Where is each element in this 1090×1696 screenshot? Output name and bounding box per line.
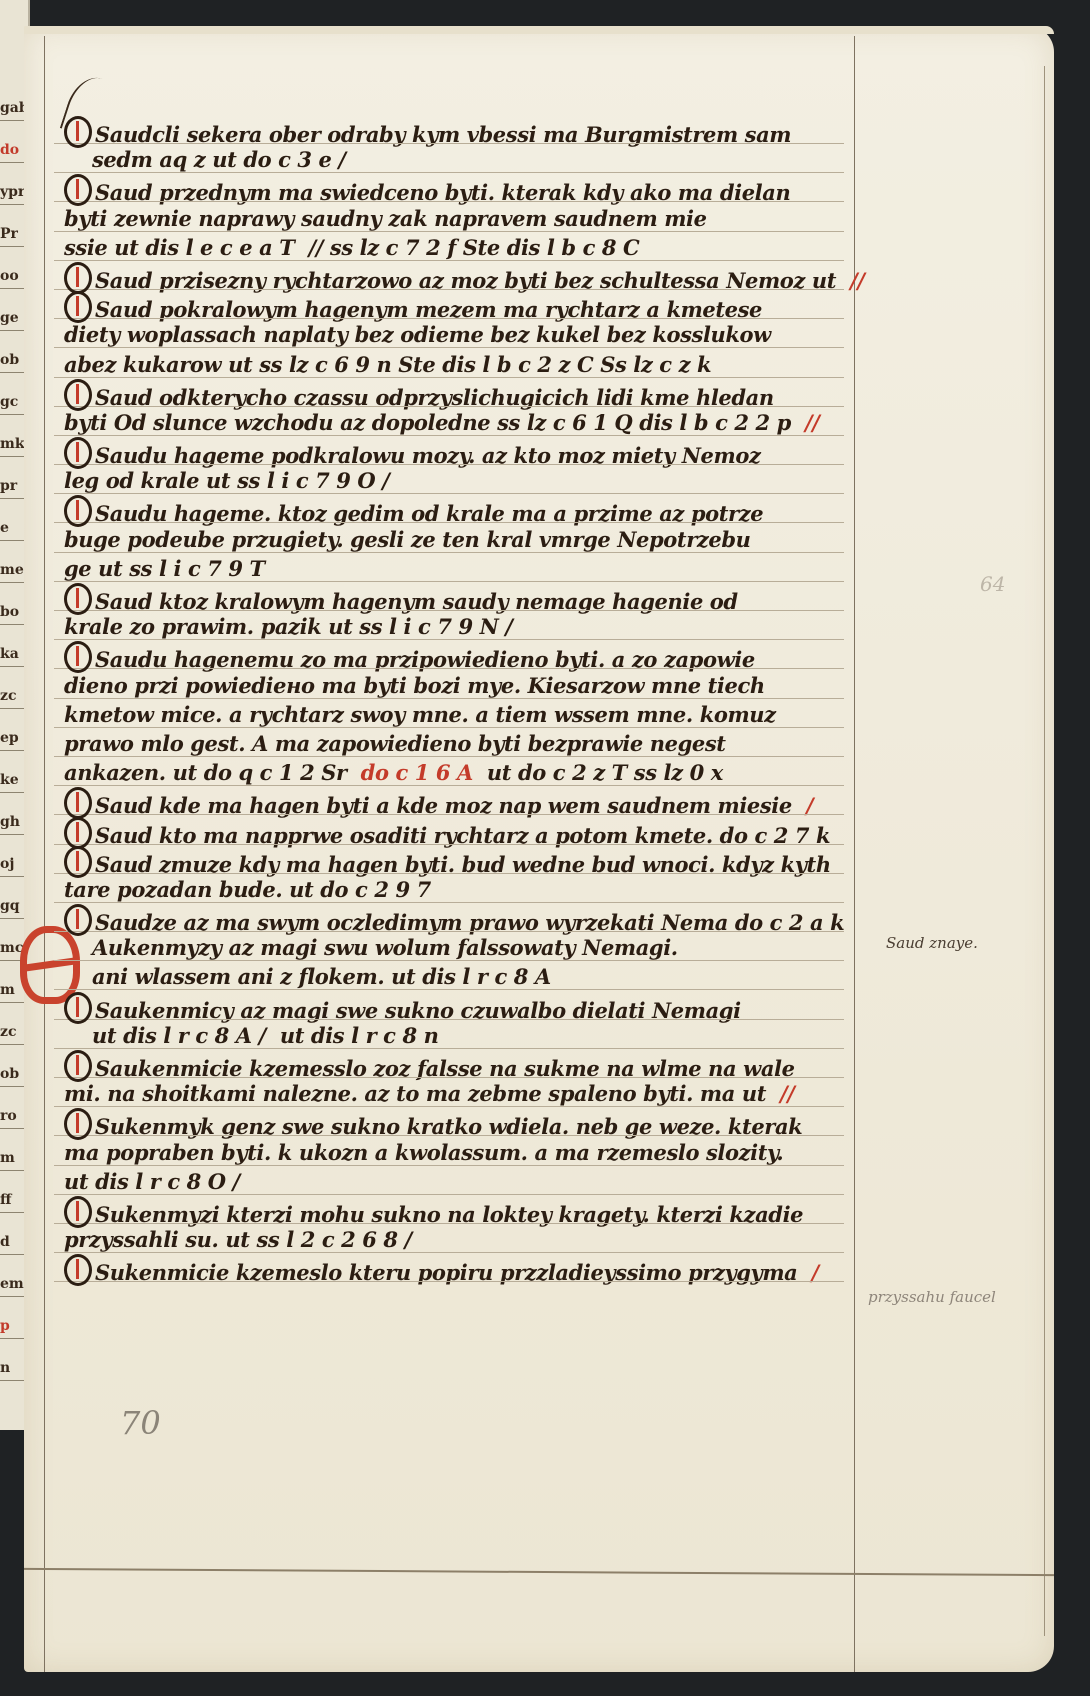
outer-margin-rule	[1044, 66, 1045, 1636]
adjacent-page-fragment: zc	[0, 1024, 26, 1045]
rubricated-capital	[64, 379, 92, 411]
manuscript-line: Saud odkterycho czassu odprzyslichugicic…	[64, 379, 864, 408]
ruling-line	[54, 960, 844, 961]
adjacent-page-fragment: p	[0, 1318, 26, 1339]
manuscript-line: dieno przi powiediено ma byti bozi mye. …	[64, 671, 864, 700]
line-text: przyssahli su. ut ss l 2 c 2 6 8 /	[64, 1227, 412, 1252]
rubric-reference: do c 1 6 A	[361, 760, 473, 785]
line-text: byti Od slunce wzchodu az dopoledne ss l…	[64, 410, 791, 435]
adjacent-page-fragment: gh	[0, 814, 26, 835]
ruling-line	[54, 406, 844, 407]
line-text: byti zewnie naprawy saudny zak napravem …	[64, 206, 707, 231]
manuscript-line: Saud ktoz kralowym hagenym saudy nemage …	[64, 583, 864, 612]
line-reference: //	[805, 410, 820, 435]
adjacent-page-fragment: oj	[0, 856, 26, 877]
line-text: mi. na shoitkami nalezne. az to ma zebme…	[64, 1081, 766, 1106]
adjacent-page-fragment: ob	[0, 1066, 26, 1087]
manuscript-line: prawo mlo gest. A ma zapowiedieno byti b…	[64, 729, 864, 758]
rubricated-capital	[64, 583, 92, 615]
line-text: ssie ut dis l e c e a T	[64, 235, 294, 260]
ruling-line	[54, 1194, 844, 1195]
manuscript-line: krale zo prawim. pazik ut ss l i c 7 9 N…	[64, 612, 864, 641]
manuscript-line: ssie ut dis l e c e a T// ss lz c 7 2 f …	[64, 233, 864, 262]
adjacent-page-fragment: n	[0, 1360, 26, 1381]
ruling-line	[54, 698, 844, 699]
ruling-line	[54, 814, 844, 815]
line-reference: //	[850, 268, 865, 293]
ruling-line	[54, 1077, 844, 1078]
manuscript-line: byti zewnie naprawy saudny zak napravem …	[64, 204, 864, 233]
text-column: Saudcli sekera ober odraby kym vbessi ma…	[64, 116, 864, 1284]
line-text: sedm aq z ut do c 3 e /	[92, 147, 346, 172]
manuscript-line: mi. na shoitkami nalezne. az to ma zebme…	[64, 1079, 864, 1108]
page-top-edge	[24, 26, 1054, 34]
manuscript-line: buge podeube przugiety. gesli ze ten kra…	[64, 525, 864, 554]
ruling-line	[54, 522, 844, 523]
manuscript-line: ge ut ss l i c 7 9 T	[64, 554, 864, 583]
manuscript-line: Saudze az ma swym oczledimym prawo wyrze…	[64, 904, 864, 933]
manuscript-page: Saudcli sekera ober odraby kym vbessi ma…	[24, 26, 1054, 1672]
adjacent-page-fragment: em	[0, 1276, 26, 1297]
manuscript-line: Sukenmyzi kterzi mohu sukno na loktey kr…	[64, 1196, 864, 1225]
ruling-line	[54, 172, 844, 173]
ruling-line	[54, 902, 844, 903]
line-text: Aukenmyzy az magi swu wolum falssowaty N…	[92, 935, 678, 960]
line-reference: // ss lz c 7 2 f Ste dis l b c 8 C	[308, 235, 639, 260]
adjacent-page-fragment: me	[0, 562, 26, 583]
ruling-line	[54, 873, 844, 874]
adjacent-page-fragment: ep	[0, 730, 26, 751]
rubricated-capital	[64, 262, 92, 294]
line-reference: //	[780, 1081, 795, 1106]
ruling-line	[54, 610, 844, 611]
adjacent-page-fragment: ke	[0, 772, 26, 793]
manuscript-line: ankazen. ut do q c 1 2 Srdo c 1 6 Aut do…	[64, 758, 864, 787]
ruling-line	[54, 377, 844, 378]
line-text: kmetow mice. a rychtarz swoy mne. a tiem…	[64, 702, 776, 727]
rubricated-capital	[64, 1196, 92, 1228]
manuscript-line: Saudu hageme podkralowu mozy. az kto moz…	[64, 437, 864, 466]
manuscript-line: Sukenmyk genz swe sukno kratko wdiela. n…	[64, 1108, 864, 1137]
adjacent-page-fragment: Pr	[0, 226, 26, 247]
ruling-line	[54, 844, 844, 845]
marginal-note-1: Saud znaye.	[886, 934, 978, 952]
adjacent-page-fragment: ka	[0, 646, 26, 667]
folio-number: 70	[120, 1404, 161, 1442]
adjacent-page-fragment: bo	[0, 604, 26, 625]
manuscript-line: Saudu hageme. ktoz gedim od krale ma a p…	[64, 495, 864, 524]
line-reference: ut dis l r c 8 n	[280, 1023, 439, 1048]
manuscript-line: ani wlassem ani z flokem. ut dis l r c 8…	[64, 962, 864, 991]
rubricated-capital	[64, 992, 92, 1024]
manuscript-line: tare pozadan bude. ut do c 2 9 7	[64, 875, 864, 904]
manuscript-line: Saud kde ma hagen byti a kde moz nap wem…	[64, 787, 864, 816]
ruling-line	[54, 639, 844, 640]
manuscript-line: sedm aq z ut do c 3 e /	[64, 145, 864, 174]
rubricated-capital	[64, 846, 92, 878]
faint-folio-number: 64	[980, 572, 1005, 596]
line-reference: ut do c 2 z T ss lz 0 x	[487, 760, 723, 785]
line-text: leg od krale ut ss l i c 7 9 O /	[64, 468, 389, 493]
ruling-line	[54, 201, 844, 202]
adjacent-page-fragment: pr	[0, 478, 26, 499]
ruling-line	[54, 1165, 844, 1166]
line-text: diety woplassach naplaty bez odieme bez …	[64, 322, 771, 347]
manuscript-line: diety woplassach naplaty bez odieme bez …	[64, 320, 864, 349]
ruling-line	[54, 756, 844, 757]
ruling-line	[54, 989, 844, 990]
line-text: ut dis l r c 8 A /	[92, 1023, 266, 1048]
ruling-line	[54, 1048, 844, 1049]
ruling-line	[54, 785, 844, 786]
line-text: buge podeube przugiety. gesli ze ten kra…	[64, 527, 751, 552]
line-text: ut dis l r c 8 O /	[64, 1169, 240, 1194]
ruling-line	[54, 289, 844, 290]
manuscript-line: przyssahli su. ut ss l 2 c 2 6 8 /	[64, 1225, 864, 1254]
ruling-line	[54, 435, 844, 436]
ruling-line	[54, 464, 844, 465]
bottom-ruling	[24, 1568, 1054, 1576]
ruling-line	[54, 668, 844, 669]
manuscript-line: leg od krale ut ss l i c 7 9 O /	[64, 466, 864, 495]
manuscript-line: ut dis l r c 8 A /ut dis l r c 8 n	[64, 1021, 864, 1050]
line-text: ge ut ss l i c 7 9 T	[64, 556, 265, 581]
manuscript-line: ma popraben byti. k ukozn a kwolassum. a…	[64, 1138, 864, 1167]
adjacent-page-fragment: ro	[0, 1108, 26, 1129]
manuscript-line: Saud zmuze kdy ma hagen byti. bud wedne …	[64, 846, 864, 875]
manuscript-line: Sukenmicie kzemeslo kteru popiru przzlad…	[64, 1254, 864, 1283]
manuscript-line: Saud przisezny rychtarzowo az moz byti b…	[64, 262, 864, 291]
adjacent-page-fragment: ge	[0, 310, 26, 331]
adjacent-page-fragment: gab	[0, 100, 26, 121]
ruling-line	[54, 231, 844, 232]
line-text: prawo mlo gest. A ma zapowiedieno byti b…	[64, 731, 726, 756]
ruling-line	[54, 581, 844, 582]
ruling-line	[54, 143, 844, 144]
manuscript-line: Saud pokralowym hagenym mezem ma rychtar…	[64, 291, 864, 320]
rubricated-capital	[64, 1050, 92, 1082]
adjacent-page-fragment: e	[0, 520, 26, 541]
rubricated-capital	[64, 904, 92, 936]
left-margin-rule	[44, 36, 45, 1672]
ruling-line	[54, 1019, 844, 1020]
marginal-note-2: przyssahu faucel	[868, 1288, 996, 1306]
manuscript-line: Saud przednym ma swiedceno byti. kterak …	[64, 174, 864, 203]
manuscript-line: Aukenmyzy az magi swu wolum falssowaty N…	[64, 933, 864, 962]
line-text: ankazen. ut do q c 1 2 Sr	[64, 760, 347, 785]
adjacent-page-fragment: m	[0, 1150, 26, 1171]
ruling-line	[54, 260, 844, 261]
line-text: krale zo prawim. pazik ut ss l i c 7 9 N…	[64, 614, 513, 639]
adjacent-page-fragment: mk	[0, 436, 26, 457]
ruling-line	[54, 727, 844, 728]
ruling-line	[54, 1106, 844, 1107]
adjacent-page-fragment: ob	[0, 352, 26, 373]
manuscript-line: byti Od slunce wzchodu az dopoledne ss l…	[64, 408, 864, 437]
adjacent-page-fragment: d	[0, 1234, 26, 1255]
rubricated-capital	[64, 817, 92, 849]
manuscript-line: Saukenmicy az magi swe sukno czuwalbo di…	[64, 992, 864, 1021]
adjacent-page-fragment: ff	[0, 1192, 26, 1213]
manuscript-line: ut dis l r c 8 O /	[64, 1167, 864, 1196]
manuscript-line: Saudcli sekera ober odraby kym vbessi ma…	[64, 116, 864, 145]
ruling-line	[54, 1252, 844, 1253]
manuscript-line: Saudu hagenemu zo ma przipowiedieno byti…	[64, 641, 864, 670]
adjacent-page-fragment: ypri	[0, 184, 26, 205]
ruling-line	[54, 1281, 844, 1282]
ruling-line	[54, 552, 844, 553]
rubricated-capital	[64, 437, 92, 469]
line-text: dieno przi powiediено ma byti bozi mye. …	[64, 673, 765, 698]
manuscript-line: abez kukarow ut ss lz c 6 9 n Ste dis l …	[64, 350, 864, 379]
ruling-line	[54, 318, 844, 319]
rubricated-capital	[64, 291, 92, 323]
manuscript-line: kmetow mice. a rychtarz swoy mne. a tiem…	[64, 700, 864, 729]
ruling-line	[54, 1223, 844, 1224]
adjacent-page-fragment: gq	[0, 898, 26, 919]
ruling-line	[54, 493, 844, 494]
rubricated-capital	[64, 116, 92, 148]
ruling-line	[54, 931, 844, 932]
line-text: ani wlassem ani z flokem. ut dis l r c 8…	[92, 964, 551, 989]
ruling-line	[54, 347, 844, 348]
line-text: tare pozadan bude. ut do c 2 9 7	[64, 877, 431, 902]
adjacent-page-fragment: zc	[0, 688, 26, 709]
line-text: ma popraben byti. k ukozn a kwolassum. a…	[64, 1140, 783, 1165]
ruling-line	[54, 1135, 844, 1136]
line-text: abez kukarow ut ss lz c 6 9 n Ste dis l …	[64, 352, 711, 377]
adjacent-page-fragment: oo	[0, 268, 26, 289]
adjacent-page-fragment: do	[0, 142, 26, 163]
manuscript-line: Saukenmicie kzemesslo zoz falsse na sukm…	[64, 1050, 864, 1079]
adjacent-page-fragment: gc	[0, 394, 26, 415]
manuscript-line: Saud kto ma napprwe osaditi rychtarz a p…	[64, 817, 864, 846]
